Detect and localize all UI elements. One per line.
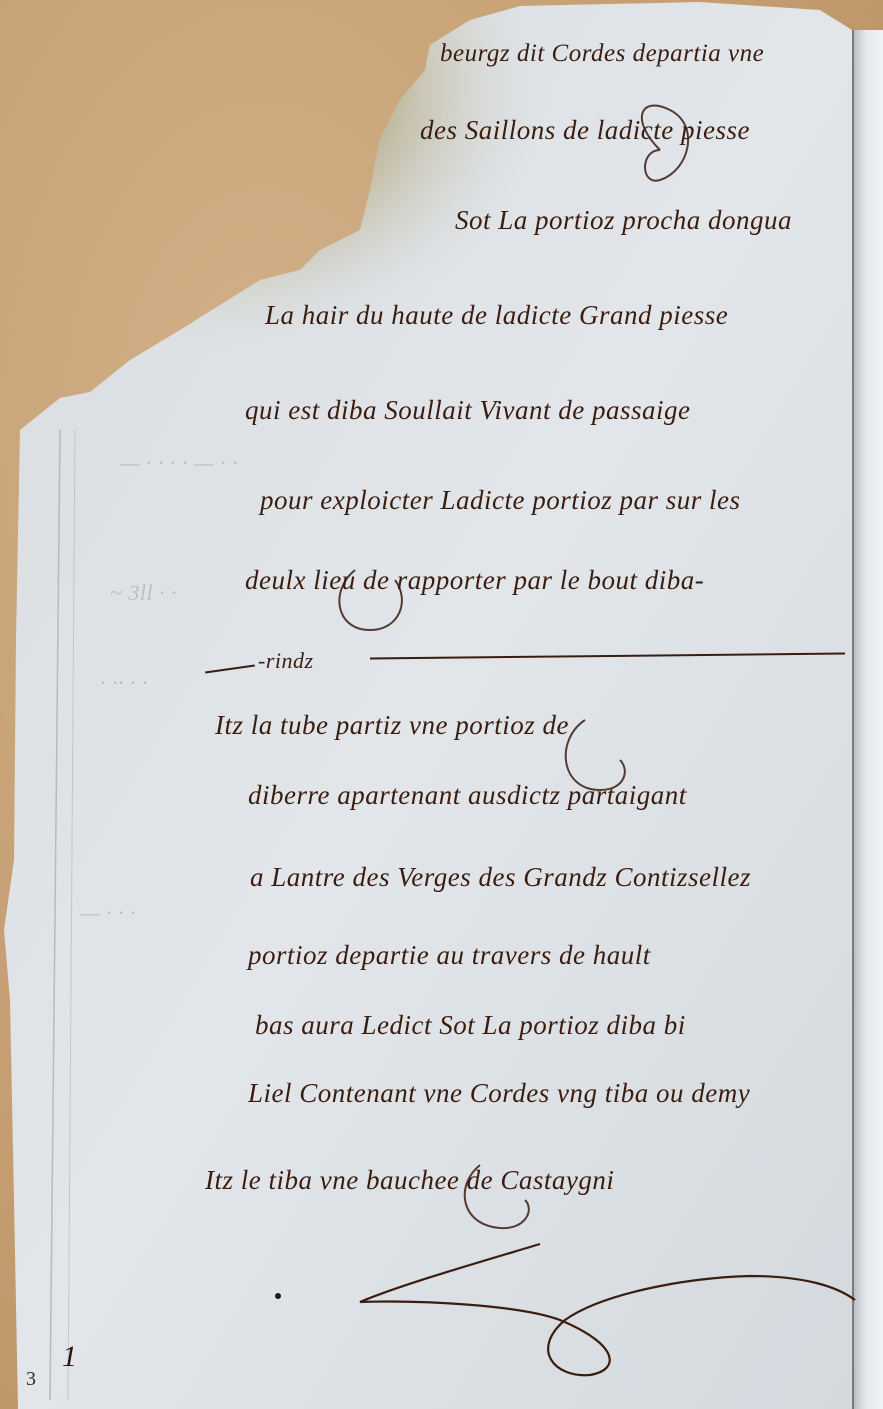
folio-number: 1 xyxy=(62,1340,77,1374)
closing-flourish xyxy=(0,0,883,1409)
margin-mark: 3 xyxy=(26,1368,36,1391)
